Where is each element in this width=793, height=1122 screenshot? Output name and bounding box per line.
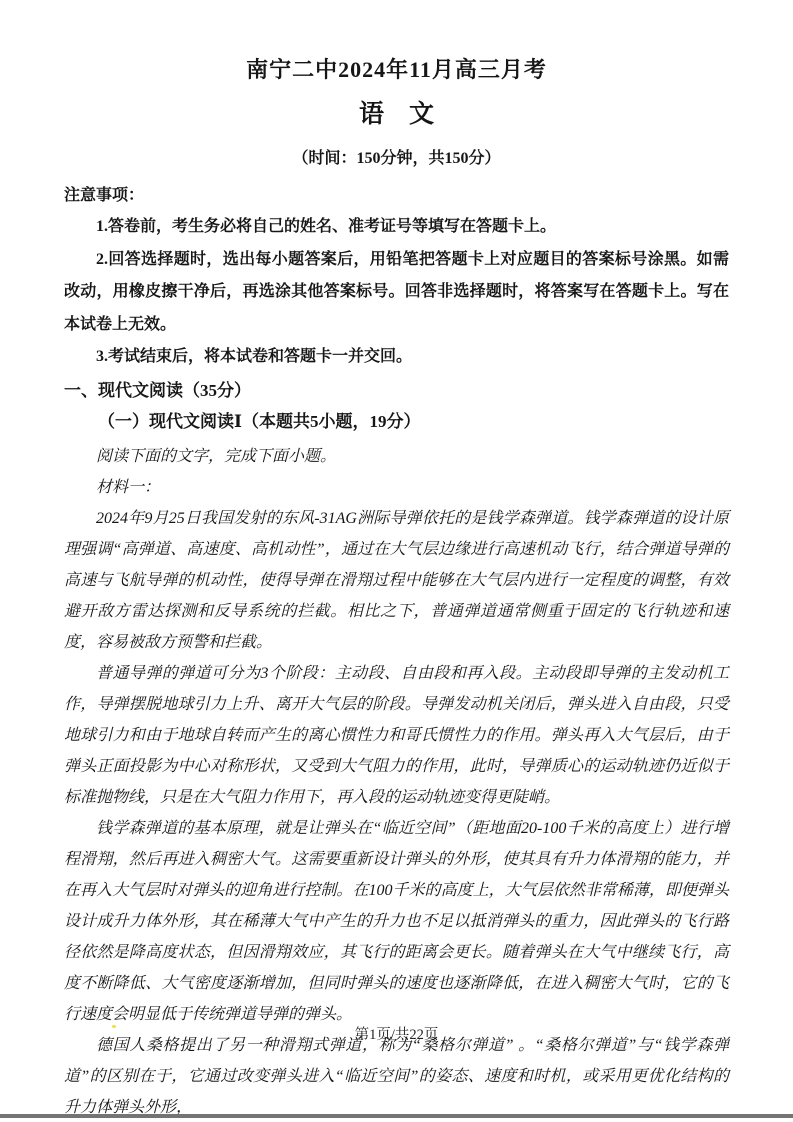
passage-paragraph-2: 普通导弹的弹道可分为3个阶段：主动段、自由段和再入段。主动段即导弹的主发动机工作… bbox=[64, 658, 729, 813]
page-edge-divider bbox=[0, 1114, 793, 1118]
notice-item-3: 3.考试结束后，将本试卷和答题卡一并交回。 bbox=[64, 341, 729, 374]
page-content: 南宁二中2024年11月高三月考 语 文 （时间：150分钟，共150分） 注意… bbox=[64, 54, 729, 1122]
page-footer: 第1页/共22页 bbox=[0, 1024, 793, 1046]
section-heading-modern-reading: 一、现代文阅读（35分） bbox=[64, 375, 729, 406]
time-info: （时间：150分钟，共150分） bbox=[64, 147, 729, 171]
subject-title: 语 文 bbox=[64, 98, 729, 132]
notice-item-2: 2.回答选择题时，选出每小题答案后，用铅笔把答题卡上对应题目的答案标号涂黑。如需… bbox=[64, 244, 729, 342]
notice-item-1: 1.答卷前，考生务必将自己的姓名、准考证号等填写在答题卡上。 bbox=[64, 211, 729, 244]
passage-paragraph-3: 钱学森弹道的基本原理，就是让弹头在“临近空间”（距地面20-100千米的高度上）… bbox=[64, 813, 729, 1030]
passage-paragraph-1: 2024年9月25日我国发射的东风-31AG洲际导弹依托的是钱学森弹道。钱学森弹… bbox=[64, 503, 729, 658]
notice-heading: 注意事项： bbox=[64, 181, 729, 211]
passage-instruction: 阅读下面的文字，完成下面小题。 bbox=[64, 441, 729, 472]
exam-title: 南宁二中2024年11月高三月考 bbox=[64, 54, 729, 86]
material-label: 材料一： bbox=[64, 472, 729, 503]
subsection-heading-reading-1: （一）现代文阅读Ⅰ（本题共5小题，19分） bbox=[64, 406, 729, 437]
exam-page: 南宁二中2024年11月高三月考 语 文 （时间：150分钟，共150分） 注意… bbox=[0, 0, 793, 1122]
